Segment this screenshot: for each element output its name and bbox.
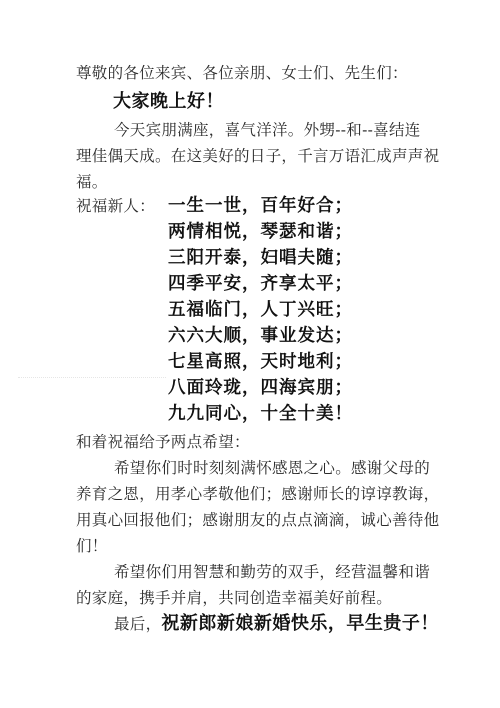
blessing-line: 八面玲珑，四海宾朋； <box>168 378 353 398</box>
blessing-line: 两情相悦，琴瑟和谐； <box>168 222 353 242</box>
closing-wish: 祝新郎新娘新婚快乐，早生贵子！ <box>161 613 439 634</box>
intro-line-1: 今天宾朋满座，喜气洋洋。外甥--和--喜结连 <box>114 120 421 140</box>
blessing-line: 一生一世，百年好合； <box>168 196 353 216</box>
hope1-line-3: 用真心回报他们；感谢朋友的点点滴滴，诚心善待他 <box>76 510 439 530</box>
blessing-label: 祝福新人： <box>76 196 155 216</box>
document-page: 尊敬的各位来宾、各位亲朋、女士们、先生们： 大家晚上好！ 今天宾朋满座，喜气洋洋… <box>0 0 500 708</box>
blessing-line: 五福临门，人丁兴旺； <box>168 300 353 320</box>
greeting: 大家晚上好！ <box>113 92 224 112</box>
closing-prefix: 最后， <box>114 615 161 633</box>
hopes-intro: 和着祝福给予两点希望： <box>76 432 250 452</box>
hope2-line-1: 希望你们用智慧和勤劳的双手，经营温馨和谐 <box>114 562 430 582</box>
intro-line-2: 理佳偶天成。在这美好的日子，千言万语汇成声声祝 <box>76 146 439 166</box>
blessing-line: 四季平安，齐享太平； <box>168 274 353 294</box>
salutation: 尊敬的各位来宾、各位亲朋、女士们、先生们： <box>76 63 408 83</box>
blessing-line: 六六大顺，事业发达； <box>168 326 353 346</box>
closing-line: 最后，祝新郎新娘新婚快乐，早生贵子！ <box>114 614 439 634</box>
blessing-line: 七星高照，天时地利； <box>168 352 353 372</box>
faint-dotted-rule <box>18 377 166 378</box>
hope1-line-4: 们！ <box>76 536 108 556</box>
blessing-line: 九九同心，十全十美！ <box>168 404 353 424</box>
intro-line-3: 福。 <box>76 172 108 192</box>
hope1-line-2: 养育之恩，用孝心孝敬他们；感谢师长的谆谆教诲， <box>76 484 439 504</box>
hope1-line-1: 希望你们时时刻刻满怀感恩之心。感谢父母的 <box>114 458 430 478</box>
hope2-line-2: 的家庭，携手并肩，共同创造幸福美好前程。 <box>76 588 392 608</box>
blessing-line: 三阳开泰，妇唱夫随； <box>168 248 353 268</box>
